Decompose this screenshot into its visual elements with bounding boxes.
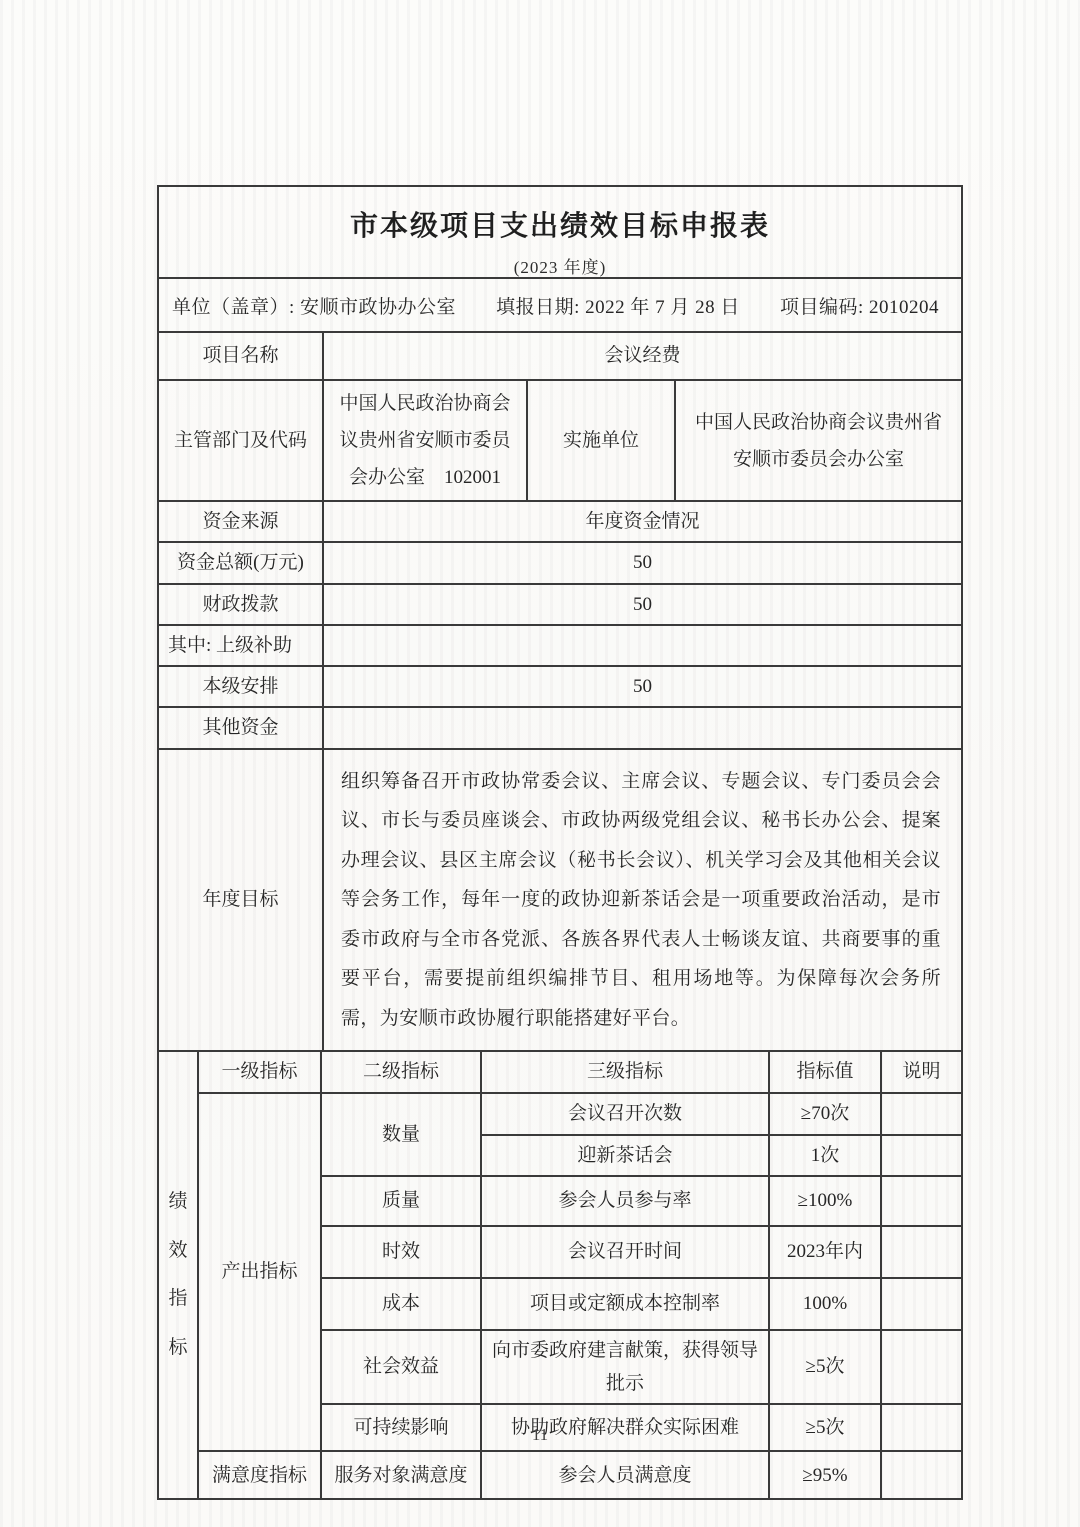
satisfaction-name-cell: 参会人员满意度	[481, 1451, 769, 1499]
cost-name-cell: 项目或定额成本控制率	[481, 1278, 769, 1330]
cost-note-cell	[881, 1278, 962, 1330]
social-benefit-value-cell: ≥5次	[769, 1330, 881, 1405]
funding-source-row: 资金来源 年度资金情况	[158, 501, 962, 542]
funding-total-value-cell: 50	[323, 542, 962, 583]
funding-total-row: 资金总额(万元) 50	[158, 542, 962, 583]
annual-goal-text-cell: 组织筹备召开市政协常委会议、主席会议、专题会议、专门委员会会议、市长与委员座谈会…	[323, 749, 962, 1052]
funding-total-label-cell: 资金总额(万元)	[158, 542, 323, 583]
implement-unit-label-cell: 实施单位	[527, 380, 675, 501]
satisfaction-indicator-cell: 满意度指标	[198, 1451, 321, 1499]
tea-party-name-cell: 迎新茶话会	[481, 1135, 769, 1176]
fiscal-appropriation-row: 财政拨款 50	[158, 584, 962, 625]
project-name-label-cell: 项目名称	[158, 332, 323, 380]
quality-note-cell	[881, 1176, 962, 1226]
header-level1-cell: 一级指标	[198, 1051, 321, 1092]
page-number: 11	[0, 1425, 1080, 1445]
satisfaction-note-cell	[881, 1451, 962, 1499]
superior-subsidy-value-cell	[323, 625, 962, 666]
header-level2-cell: 二级指标	[321, 1051, 481, 1092]
timeliness-cell: 时效	[321, 1226, 481, 1278]
basic-info-table: 项目名称 会议经费 主管部门及代码 中国人民政治协商会议贵州省安顺市委员会办公室…	[157, 331, 963, 1052]
social-benefit-cell: 社会效益	[321, 1330, 481, 1405]
fiscal-appropriation-label-cell: 财政拨款	[158, 584, 323, 625]
fill-date-field: 填报日期: 2022 年 7 月 28 日	[496, 292, 740, 319]
form-container: 市本级项目支出绩效目标申报表 (2023 年度) 单位（盖章）: 安顺市政协办公…	[157, 185, 963, 1500]
form-subtitle: (2023 年度)	[159, 253, 961, 278]
form-title: 市本级项目支出绩效目标申报表	[159, 204, 961, 244]
annual-goal-label-cell: 年度目标	[158, 749, 323, 1052]
project-name-value-cell: 会议经费	[323, 332, 962, 380]
meeting-count-value-cell: ≥70次	[769, 1093, 881, 1135]
social-benefit-note-cell	[881, 1330, 962, 1405]
project-code-field: 项目编码: 2010204	[780, 292, 939, 319]
satisfaction-target-cell: 服务对象满意度	[321, 1451, 481, 1499]
quality-name-cell: 参会人员参与率	[481, 1176, 769, 1226]
implement-unit-value-cell: 中国人民政治协商会议贵州省安顺市委员会办公室	[675, 380, 962, 501]
department-value-cell: 中国人民政治协商会议贵州省安顺市委员会办公室 102001	[323, 380, 527, 501]
superior-subsidy-label-cell: 其中: 上级补助	[158, 625, 323, 666]
funding-source-label-cell: 资金来源	[158, 501, 323, 542]
annual-goal-row: 年度目标 组织筹备召开市政协常委会议、主席会议、专题会议、专门委员会会议、市长与…	[158, 749, 962, 1052]
title-block: 市本级项目支出绩效目标申报表 (2023 年度)	[157, 185, 963, 279]
cost-value-cell: 100%	[769, 1278, 881, 1330]
department-label-cell: 主管部门及代码	[158, 380, 323, 501]
header-level3-cell: 三级指标	[481, 1051, 769, 1092]
satisfaction-value-cell: ≥95%	[769, 1451, 881, 1499]
unit-seal-field: 单位（盖章）: 安顺市政协办公室	[172, 292, 456, 319]
project-name-row: 项目名称 会议经费	[158, 332, 962, 380]
meeting-count-name-cell: 会议召开次数	[481, 1093, 769, 1135]
header-note-cell: 说明	[881, 1051, 962, 1092]
funding-header-cell: 年度资金情况	[323, 501, 962, 542]
other-funds-value-cell	[323, 707, 962, 748]
tea-party-note-cell	[881, 1135, 962, 1176]
fiscal-appropriation-value-cell: 50	[323, 584, 962, 625]
local-arrangement-value-cell: 50	[323, 666, 962, 707]
other-funds-label-cell: 其他资金	[158, 707, 323, 748]
timeliness-note-cell	[881, 1226, 962, 1278]
timeliness-name-cell: 会议召开时间	[481, 1226, 769, 1278]
quality-cell: 质量	[321, 1176, 481, 1226]
output-indicator-cell: 产出指标	[198, 1093, 321, 1452]
local-arrangement-label-cell: 本级安排	[158, 666, 323, 707]
indicator-row-meeting-count: 产出指标 数量 会议召开次数 ≥70次	[158, 1093, 962, 1135]
local-arrangement-row: 本级安排 50	[158, 666, 962, 707]
indicator-header-row: 绩效指标 一级指标 二级指标 三级指标 指标值 说明	[158, 1051, 962, 1092]
quality-value-cell: ≥100%	[769, 1176, 881, 1226]
meeting-count-note-cell	[881, 1093, 962, 1135]
header-value-cell: 指标值	[769, 1051, 881, 1092]
other-funds-row: 其他资金	[158, 707, 962, 748]
performance-indicator-side-label: 绩效指标	[167, 1178, 189, 1372]
social-benefit-name-cell: 向市委政府建言献策，获得领导批示	[481, 1330, 769, 1405]
superior-subsidy-row: 其中: 上级补助	[158, 625, 962, 666]
document-page: 市本级项目支出绩效目标申报表 (2023 年度) 单位（盖章）: 安顺市政协办公…	[0, 0, 1080, 1527]
tea-party-value-cell: 1次	[769, 1135, 881, 1176]
indicator-row-satisfaction: 满意度指标 服务对象满意度 参会人员满意度 ≥95%	[158, 1451, 962, 1499]
timeliness-value-cell: 2023年内	[769, 1226, 881, 1278]
form-meta-row: 单位（盖章）: 安顺市政协办公室 填报日期: 2022 年 7 月 28 日 项…	[157, 277, 963, 333]
department-row: 主管部门及代码 中国人民政治协商会议贵州省安顺市委员会办公室 102001 实施…	[158, 380, 962, 501]
cost-cell: 成本	[321, 1278, 481, 1330]
quantity-cell: 数量	[321, 1093, 481, 1176]
